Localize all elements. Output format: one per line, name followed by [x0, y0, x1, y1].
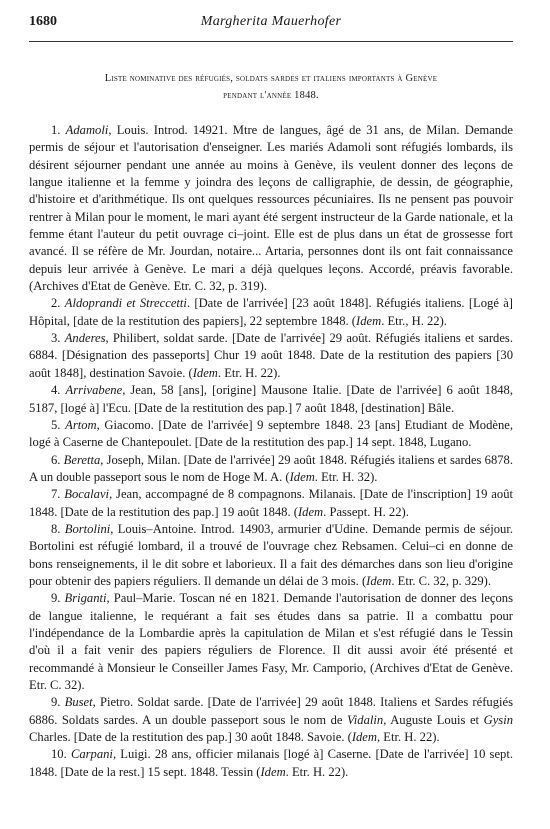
entry-idem: Idem: [290, 470, 315, 484]
entry-number: 9.: [51, 695, 60, 709]
entry-number: 7.: [51, 487, 60, 501]
entry-number: 1.: [51, 123, 60, 137]
entry-name: Buset: [65, 695, 93, 709]
entry-alias: Vidalin: [347, 713, 383, 727]
entry-tail: . Passept. H. 22).: [323, 505, 409, 519]
list-item: 4. Arrivabene, Jean, 58 [ans], [origine]…: [29, 382, 513, 417]
entry-number: 10.: [51, 747, 67, 761]
list-item: 7. Bocalavi, Jean, accompagné de 8 compa…: [29, 486, 513, 521]
entry-tail: . Etr. H. 22).: [218, 366, 281, 380]
list-item: 3. Anderes, Philibert, soldat sarde. [Da…: [29, 330, 513, 382]
entry-text: , Louis. Introd. 14921. Mtre de langues,…: [29, 123, 513, 293]
entry-number: 3.: [51, 331, 60, 345]
entry-name: Arrivabene: [66, 383, 123, 397]
entry-number: 6.: [51, 453, 60, 467]
entry-list: 1. Adamoli, Louis. Introd. 14921. Mtre d…: [29, 122, 513, 781]
list-item: 9. Briganti, Paul–Marie. Toscan né en 18…: [29, 590, 513, 694]
entry-number: 8.: [51, 522, 60, 536]
entry-name: Anderes: [65, 331, 106, 345]
entry-tail: . Etr. H. 22).: [286, 765, 349, 779]
entry-text: , Giacomo. [Date de l'arrivée] 9 septemb…: [29, 418, 513, 449]
entry-name: Briganti: [65, 591, 107, 605]
list-item: 8. Bortolini, Louis–Antoine. Introd. 149…: [29, 521, 513, 590]
entry-number: 5.: [51, 418, 60, 432]
entry-idem: Idem: [193, 366, 218, 380]
entry-name: Artom: [65, 418, 96, 432]
entry-text-2: Charles. [Date de la restitution des pap…: [29, 730, 352, 744]
list-title: Liste nominative des réfugiés, soldats s…: [29, 70, 513, 104]
list-item: 6. Beretta, Joseph, Milan. [Date de l'ar…: [29, 452, 513, 487]
entry-name: Beretta: [64, 453, 101, 467]
entry-alias: Gysin: [484, 713, 513, 727]
entry-number: 2.: [51, 296, 60, 310]
list-item: 1. Adamoli, Louis. Introd. 14921. Mtre d…: [29, 122, 513, 295]
list-title-line-1: Liste nominative des réfugiés, soldats s…: [29, 70, 513, 87]
header-rule: [29, 41, 513, 42]
entry-tail: . Etr., H. 22).: [381, 314, 447, 328]
entry-idem: Idem: [298, 505, 323, 519]
entry-idem: Idem: [260, 765, 285, 779]
list-item: 10. Carpani, Luigi. 28 ans, officier mil…: [29, 746, 513, 781]
entry-text: , Paul–Marie. Toscan né en 1821. Demande…: [29, 591, 513, 692]
entry-text-mid: , Auguste Louis et: [383, 713, 483, 727]
list-item: 9. Buset, Pietro. Soldat sarde. [Date de…: [29, 694, 513, 746]
entry-tail: . Etr. H. 32).: [315, 470, 378, 484]
entry-idem: Idem: [356, 314, 381, 328]
list-item: 2. Aldoprandi et Streccetti. [Date de l'…: [29, 295, 513, 330]
entry-tail: , Etr. H. 22).: [377, 730, 440, 744]
entry-text: , Joseph, Milan. [Date de l'arrivée] 29 …: [29, 453, 513, 484]
entry-name: Adamoli: [66, 123, 109, 137]
entry-idem: Idem: [366, 574, 391, 588]
running-title: Margherita Mauerhofer: [29, 14, 513, 30]
entry-name: Bocalavi: [64, 487, 109, 501]
entry-idem: Idem: [352, 730, 377, 744]
entry-name: Aldoprandi et Streccetti: [65, 296, 187, 310]
list-title-line-2: pendant l'année 1848.: [29, 87, 513, 104]
entry-name: Bortolini: [65, 522, 110, 536]
entry-tail: . Etr. C. 32, p. 329).: [391, 574, 491, 588]
running-head: 1680 Margherita Mauerhofer: [29, 14, 513, 34]
entry-number: 9.: [51, 591, 60, 605]
list-item: 5. Artom, Giacomo. [Date de l'arrivée] 9…: [29, 417, 513, 452]
entry-number: 4.: [51, 383, 60, 397]
entry-name: Carpani: [71, 747, 113, 761]
